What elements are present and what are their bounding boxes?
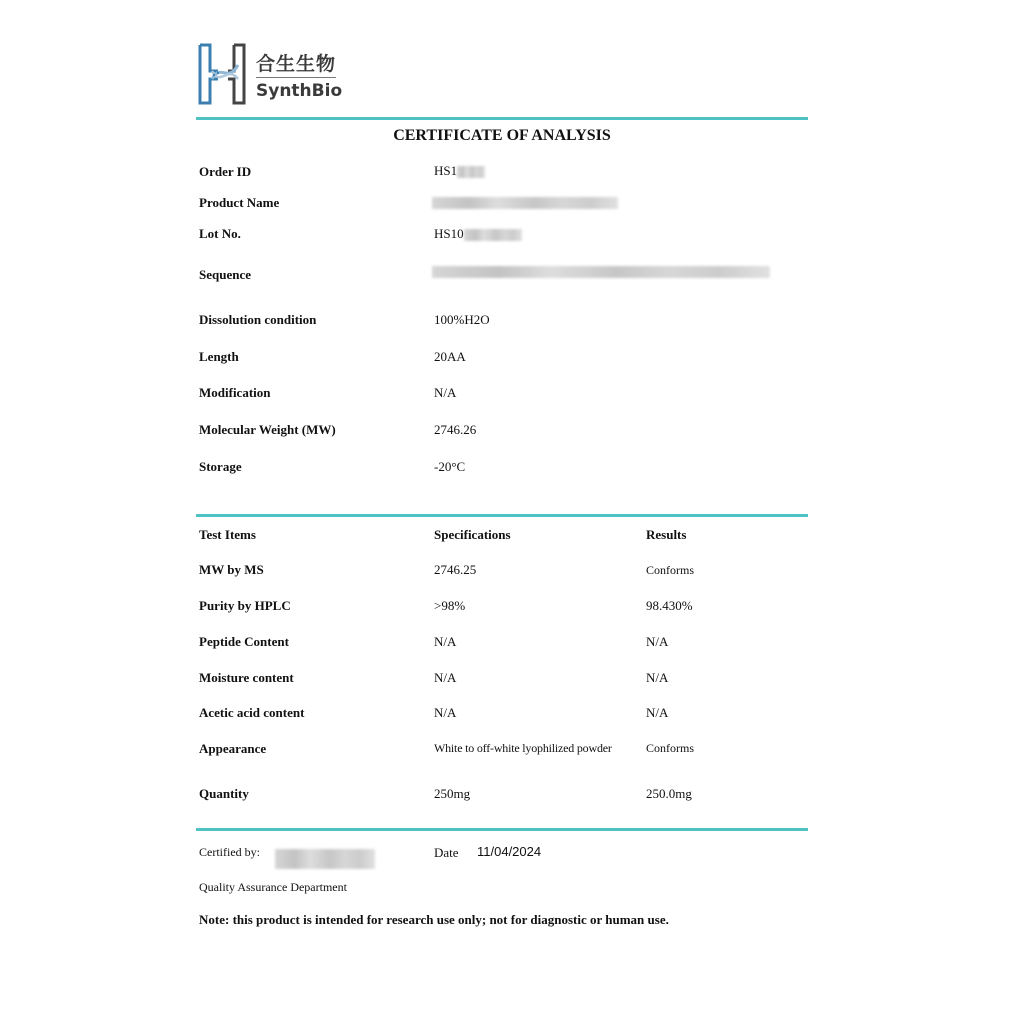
test-spec: N/A: [434, 705, 456, 721]
test-result: Conforms: [646, 741, 694, 756]
test-item: MW by MS: [199, 562, 264, 578]
test-spec: 250mg: [434, 786, 470, 802]
date-label: Date: [434, 845, 459, 861]
dissolution-label: Dissolution condition: [199, 312, 316, 328]
molecular-weight-label: Molecular Weight (MW): [199, 422, 336, 438]
test-spec: N/A: [434, 634, 456, 650]
molecular-weight-value: 2746.26: [434, 422, 476, 438]
document-title: CERTIFICATE OF ANALYSIS: [196, 127, 808, 145]
length-value: 20AA: [434, 349, 466, 365]
logo-chinese-name: 合生生物: [256, 49, 336, 76]
test-item: Peptide Content: [199, 634, 289, 650]
test-item: Quantity: [199, 786, 249, 802]
usage-note: Note: this product is intended for resea…: [199, 912, 669, 928]
test-result: N/A: [646, 705, 668, 721]
col-header-results: Results: [646, 527, 686, 543]
product-name-value-redacted: [432, 197, 618, 209]
logo-english-name: SynthBio: [256, 81, 342, 101]
test-result: 98.430%: [646, 598, 693, 614]
sequence-value-redacted: [432, 266, 770, 278]
date-value: 11/04/2024: [477, 844, 541, 859]
test-spec: 2746.25: [434, 562, 476, 578]
test-result: N/A: [646, 670, 668, 686]
test-result: Conforms: [646, 563, 694, 578]
order-id-label: Order ID: [199, 164, 251, 180]
test-result: N/A: [646, 634, 668, 650]
company-logo: 合生生物 SynthBio: [198, 43, 343, 105]
certified-by-label: Certified by:: [199, 845, 260, 860]
synthbio-h-logo-icon: [198, 43, 250, 105]
dissolution-value: 100%H2O: [434, 312, 490, 328]
logo-divider: [256, 77, 336, 78]
modification-value: N/A: [434, 385, 456, 401]
lot-no-label: Lot No.: [199, 226, 241, 242]
col-header-specifications: Specifications: [434, 527, 511, 543]
tests-rule: [196, 514, 808, 517]
length-label: Length: [199, 349, 239, 365]
header-rule: [196, 117, 808, 120]
product-name-label: Product Name: [199, 195, 279, 211]
test-item: Purity by HPLC: [199, 598, 291, 614]
col-header-test-items: Test Items: [199, 527, 256, 543]
sequence-label: Sequence: [199, 267, 251, 283]
redacted-block: [464, 229, 522, 241]
lot-no-value: HS10: [434, 226, 522, 242]
test-spec: N/A: [434, 670, 456, 686]
signature-redacted: [275, 849, 375, 869]
storage-value: -20°C: [434, 459, 465, 475]
order-id-value: HS1: [434, 163, 485, 179]
test-item: Acetic acid content: [199, 705, 304, 721]
modification-label: Modification: [199, 385, 271, 401]
test-result: 250.0mg: [646, 786, 692, 802]
footer-rule: [196, 828, 808, 831]
test-spec: >98%: [434, 598, 465, 614]
test-item: Moisture content: [199, 670, 294, 686]
test-spec: White to off-white lyophilized powder: [434, 741, 612, 756]
redacted-block: [457, 166, 485, 178]
test-item: Appearance: [199, 741, 266, 757]
department-label: Quality Assurance Department: [199, 880, 347, 895]
storage-label: Storage: [199, 459, 242, 475]
